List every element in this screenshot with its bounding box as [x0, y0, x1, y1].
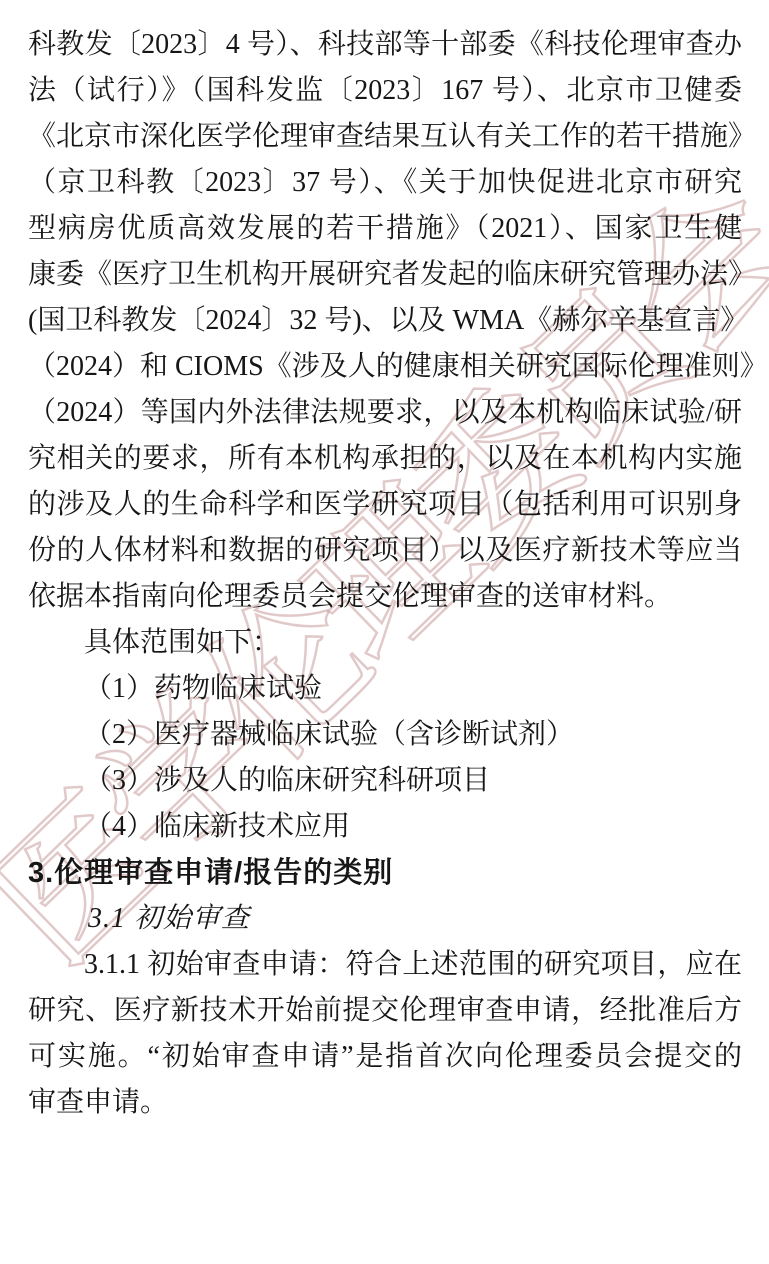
text-line: 份的人体材料和数据的研究项目）以及医疗新技术等应当	[28, 528, 742, 574]
document-page: 医学伦理委员会 科教发〔2023〕4 号）、科技部等十部委《科技伦理审查办法（试…	[0, 0, 769, 1264]
text-line: 的涉及人的生命科学和医学研究项目（包括利用可识别身	[28, 482, 742, 528]
text-line: （3）涉及人的临床研究科研项目	[28, 758, 742, 804]
text-line: 审查申请。	[28, 1080, 742, 1126]
section-heading: 3.伦理审查申请/报告的类别	[28, 850, 742, 896]
text-line: 型病房优质高效发展的若干措施》（2021）、国家卫生健	[28, 206, 742, 252]
text-line: 科教发〔2023〕4 号）、科技部等十部委《科技伦理审查办	[28, 22, 742, 68]
text-line: 研究、医疗新技术开始前提交伦理审查申请，经批准后方	[28, 988, 742, 1034]
subsection-heading: 3.1 初始审查	[28, 896, 742, 942]
text-line: 依据本指南向伦理委员会提交伦理审查的送审材料。	[28, 574, 742, 620]
text-line: 可实施。“初始审查申请”是指首次向伦理委员会提交的	[28, 1034, 742, 1080]
text-line: 究相关的要求，所有本机构承担的，以及在本机构内实施	[28, 436, 742, 482]
text-line: 法（试行）》（国科发监〔2023〕167 号）、北京市卫健委	[28, 68, 742, 114]
text-line: （京卫科教〔2023〕37 号）、《关于加快促进北京市研究	[28, 160, 742, 206]
text-line: （2）医疗器械临床试验（含诊断试剂）	[28, 712, 742, 758]
text-line: （1）药物临床试验	[28, 666, 742, 712]
text-line: 康委《医疗卫生机构开展研究者发起的临床研究管理办法》	[28, 252, 742, 298]
text-line: （2024）和 CIOMS《涉及人的健康相关研究国际伦理准则》	[28, 344, 742, 390]
text-line: (国卫科教发〔2024〕32 号)、以及 WMA《赫尔辛基宣言》	[28, 298, 742, 344]
text-line: 3.1.1 初始审查申请：符合上述范围的研究项目，应在	[28, 942, 742, 988]
text-line: （4）临床新技术应用	[28, 804, 742, 850]
text-line: 具体范围如下：	[28, 620, 742, 666]
text-line: 《北京市深化医学伦理审查结果互认有关工作的若干措施》	[28, 114, 742, 160]
text-line: （2024）等国内外法律法规要求，以及本机构临床试验/研	[28, 390, 742, 436]
document-body: 科教发〔2023〕4 号）、科技部等十部委《科技伦理审查办法（试行）》（国科发监…	[0, 0, 769, 1126]
